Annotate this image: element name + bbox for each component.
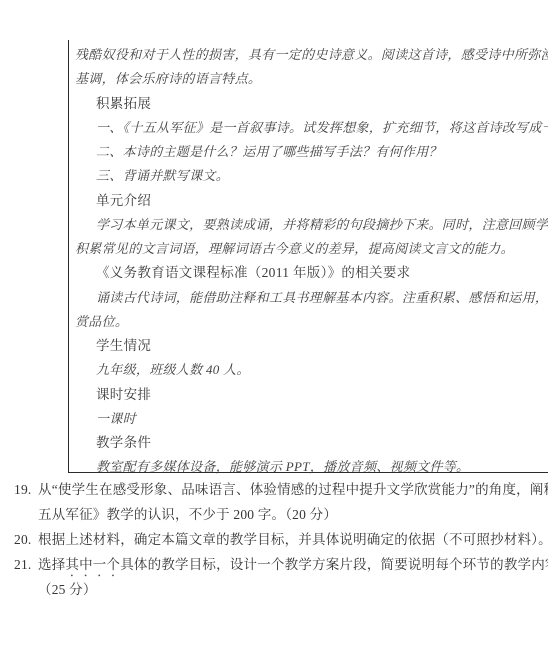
question-list: 19. 从“使学生在感受形象、品味语言、体验情感的过程中提升文学欣赏能力”的角度…	[0, 477, 548, 602]
exam-document-page: 残酷奴役和对于人性的损害，具有一定的史诗意义。阅读这首诗，感受诗中所弥漫的情绪与…	[0, 0, 548, 664]
question-19-number: 19.	[14, 477, 31, 502]
section-heading-class-schedule: 课时安排	[75, 383, 548, 407]
question-20-line-1: 20. 根据上述材料，确定本篇文章的教学目标，并具体说明确定的依据（不可照抄材料…	[0, 527, 548, 552]
section-heading-accumulate-expand: 积累拓展	[75, 92, 548, 116]
section-heading-teaching-conditions: 教学条件	[75, 431, 548, 455]
question-21-line-2: （25 分）	[0, 577, 548, 602]
exercise-item-1: 一、《十五从军征》是一首叙事诗。试发挥想象，扩充细节，将这首诗改写成一篇记叙文。	[75, 116, 548, 140]
question-21-text: 具体的教学目标，设计一个教学方案片段，简要说明每个环节的教学内容与教学方式。	[120, 557, 548, 572]
question-21-line-1: 21. 选择其中一个具体的教学目标，设计一个教学方案片段，简要说明每个环节的教学…	[0, 552, 548, 577]
question-21-emphasized-text: 其中一个	[65, 557, 120, 572]
teaching-conditions-text: 教室配有多媒体设备，能够演示 PPT，播放音频、视频文件等。	[75, 455, 548, 479]
curriculum-standard-text-line: 赏品位。	[75, 310, 548, 334]
unit-intro-text-line: 积累常见的文言词语，理解词语古今意义的差异，提高阅读文言文的能力。	[75, 237, 548, 261]
question-20-number: 20.	[14, 527, 31, 552]
poem-commentary-line: 残酷奴役和对于人性的损害，具有一定的史诗意义。阅读这首诗，感受诗中所弥漫的情绪与…	[75, 43, 548, 67]
question-19-text: 从“使学生在感受形象、品味语言、体验情感的过程中提升文学欣赏能力”的角度，阐释你…	[38, 482, 548, 497]
question-19-line-2: 五从军征》教学的认识，不少于 200 字。（20 分）	[0, 502, 548, 527]
section-heading-curriculum-standard: 《义务教育语文课程标准（2011 年版）》的相关要求	[75, 261, 548, 285]
material-content: 残酷奴役和对于人性的损害，具有一定的史诗意义。阅读这首诗，感受诗中所弥漫的情绪与…	[75, 43, 548, 480]
student-info-text: 九年级，班级人数 40 人。	[75, 358, 548, 382]
section-heading-unit-intro: 单元介绍	[75, 189, 548, 213]
question-19-text: 五从军征》教学的认识，不少于 200 字。（20 分）	[38, 507, 337, 522]
question-21-score: （25 分）	[38, 582, 97, 597]
unit-intro-text-line: 学习本单元课文，要熟读成诵，并将精彩的句段摘抄下来。同时，注意回顾学过的文言文，	[75, 213, 548, 237]
section-heading-student-info: 学生情况	[75, 334, 548, 358]
class-schedule-text: 一课时	[75, 407, 548, 431]
question-21-text: 选择	[38, 557, 65, 572]
exercise-item-3: 三、背诵并默写课文。	[75, 164, 548, 188]
exercise-item-2: 二、本诗的主题是什么？运用了哪些描写手法？有何作用？	[75, 140, 548, 164]
question-21-number: 21.	[14, 552, 31, 577]
question-20-text: 根据上述材料，确定本篇文章的教学目标，并具体说明确定的依据（不可照抄材料）。（2…	[38, 532, 548, 547]
curriculum-standard-text-line: 诵读古代诗词，能借助注释和工具书理解基本内容。注重积累、感悟和运用，提高自己的欣	[75, 286, 548, 310]
material-bordered-panel: 残酷奴役和对于人性的损害，具有一定的史诗意义。阅读这首诗，感受诗中所弥漫的情绪与…	[68, 40, 548, 473]
question-19-line-1: 19. 从“使学生在感受形象、品味语言、体验情感的过程中提升文学欣赏能力”的角度…	[0, 477, 548, 502]
poem-commentary-line: 基调，体会乐府诗的语言特点。	[75, 67, 548, 91]
